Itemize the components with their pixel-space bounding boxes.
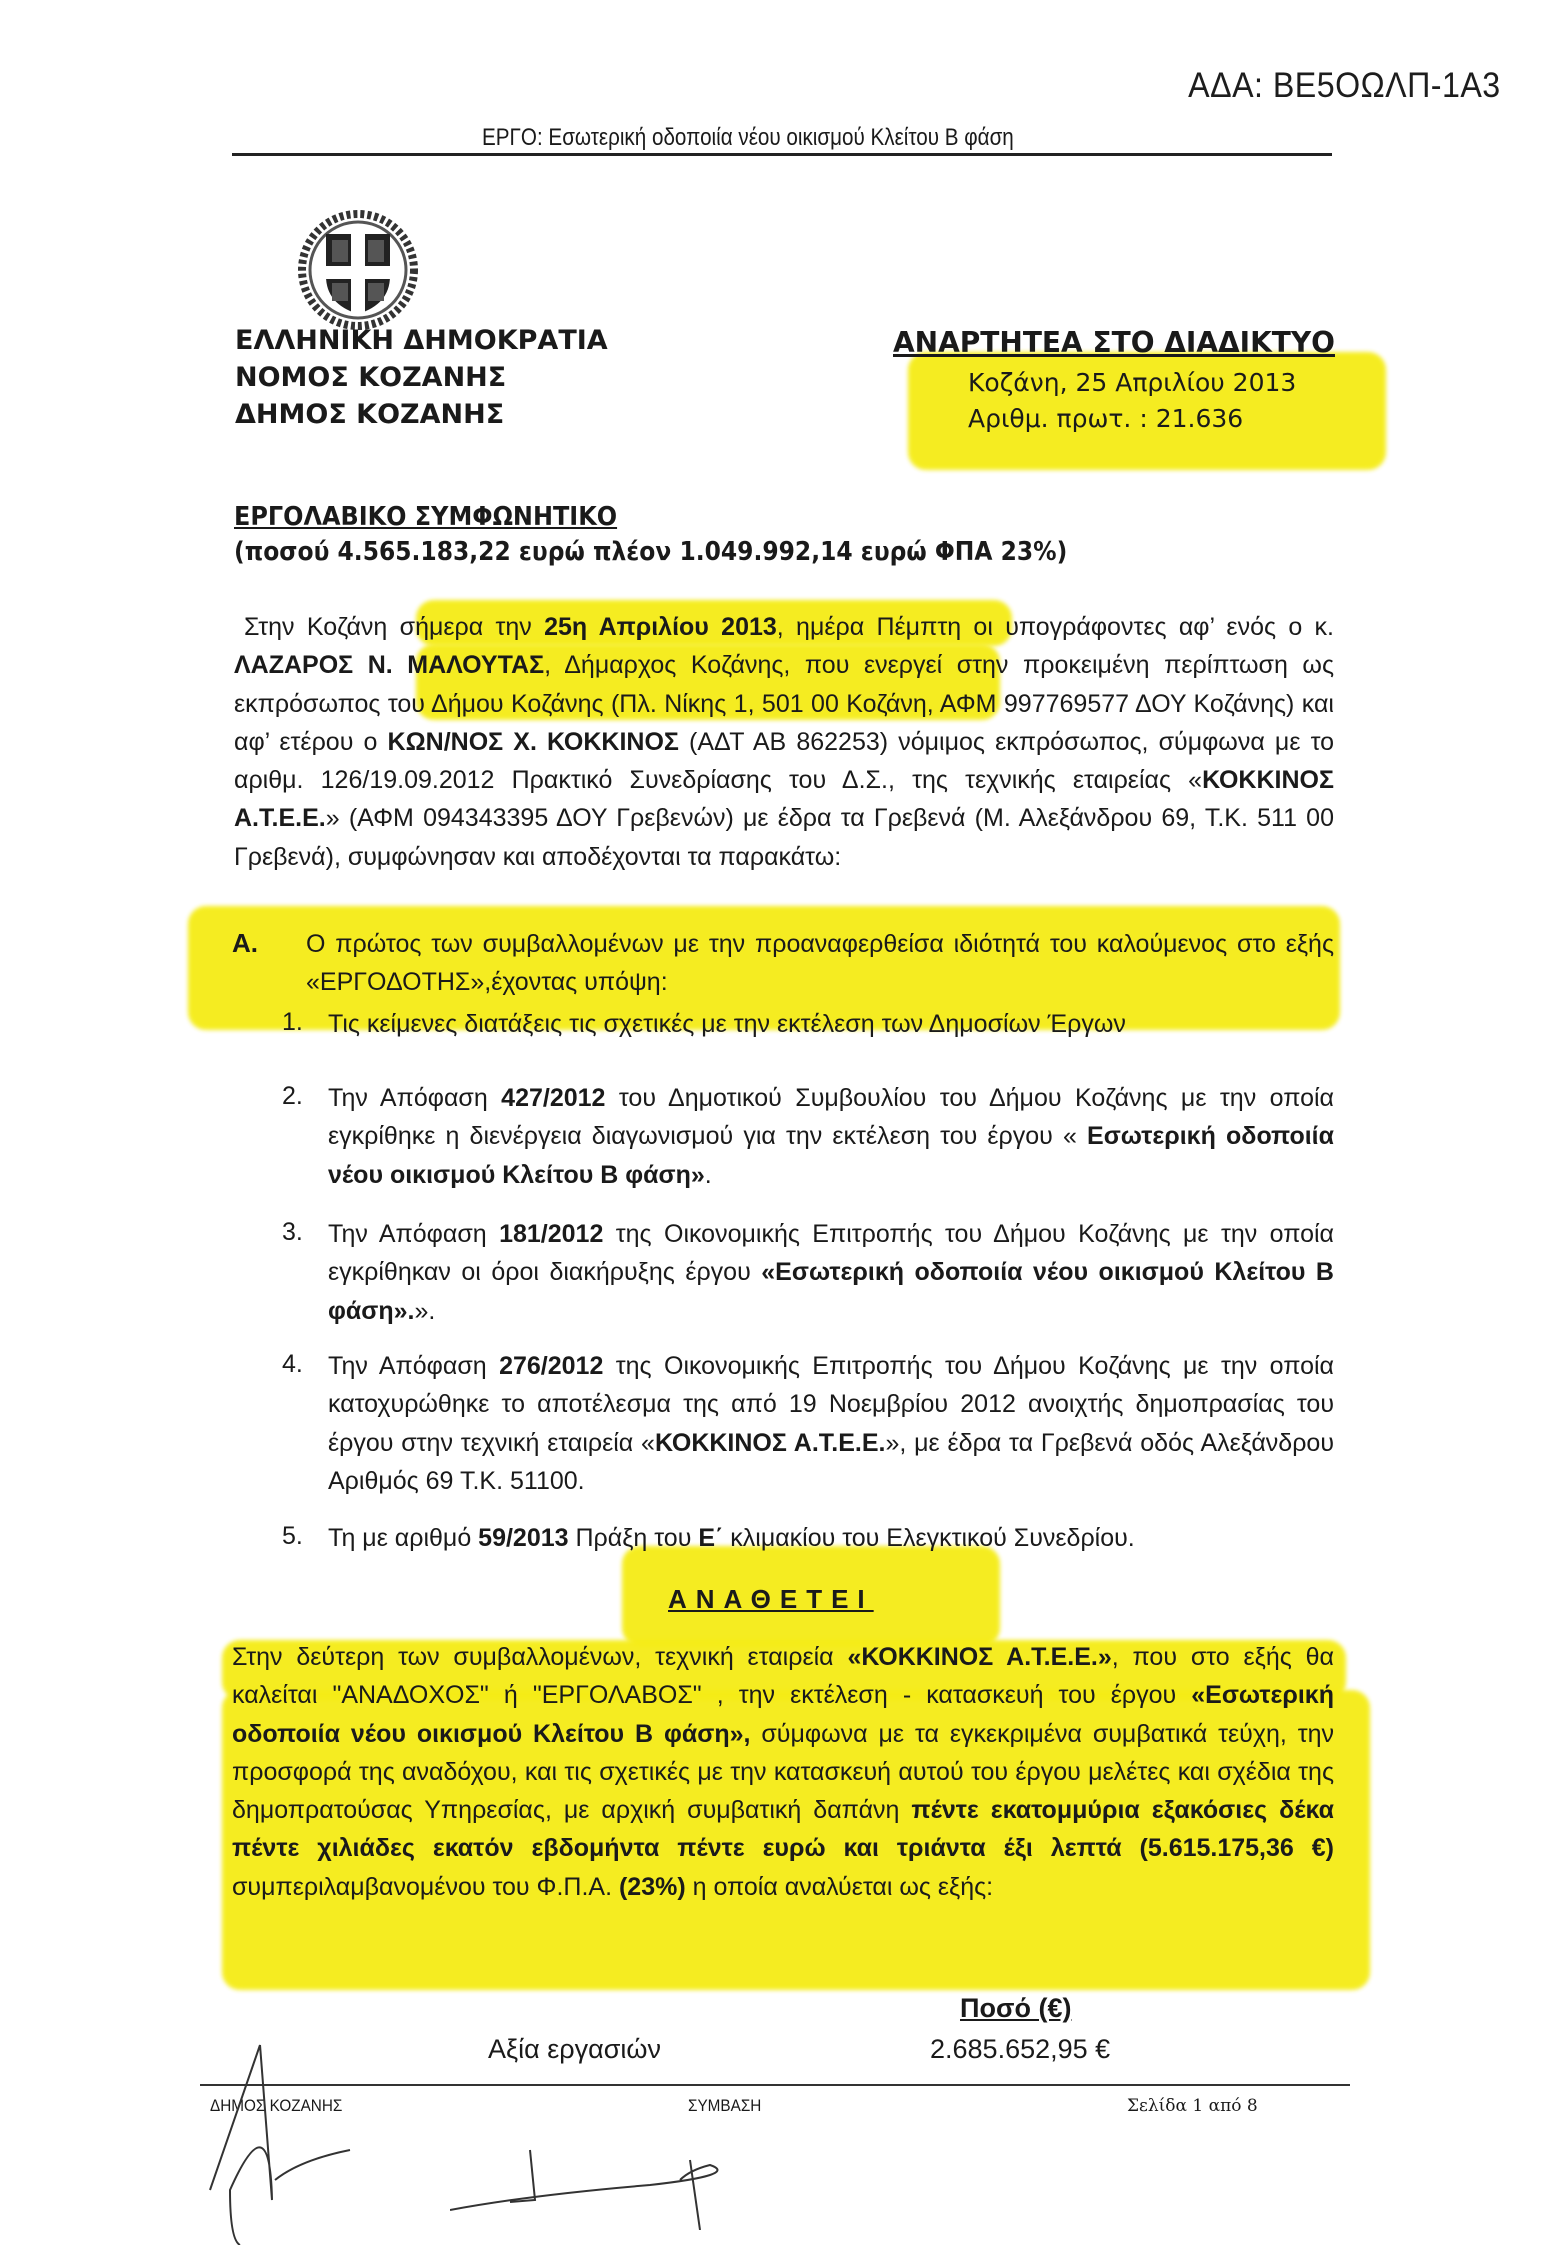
greek-emblem-icon — [296, 208, 420, 332]
footer-doc-type: ΣΥΜΒΑΣΗ — [688, 2096, 761, 2116]
issuer-block: ΕΛΛΗΝΙΚΗ ΔΗΜΟΚΡΑΤΙΑ ΝΟΜΟΣ ΚΟΖΑΝΗΣ ΔΗΜΟΣ … — [235, 322, 608, 433]
item-number: 5. — [282, 1522, 303, 1551]
list-item: Τις κείμενες διατάξεις τις σχετικές με τ… — [328, 1005, 1334, 1043]
posting-info: Κοζάνη, 25 Απριλίου 2013 Αριθμ. πρωτ. : … — [968, 365, 1296, 437]
signature-mayor-icon — [200, 2040, 400, 2245]
contract-amount: (ποσού 4.565.183,22 ευρώ πλέον 1.049.992… — [234, 537, 1067, 567]
item-number: 2. — [282, 1082, 303, 1111]
contract-title: ΕΡΓΟΛΑΒΙΚΟ ΣΥΜΦΩΝΗΤΙΚΟ — [234, 502, 617, 532]
breakdown-row-label: Αξία εργασιών — [488, 2034, 661, 2065]
amount-column-header: Ποσό (€) — [960, 1993, 1071, 2024]
section-a-text: Ο πρώτος των συμβαλλομένων με την προανα… — [306, 925, 1334, 1002]
list-item: Την Απόφαση 427/2012 του Δημοτικού Συμβο… — [328, 1079, 1334, 1194]
breakdown-row-value: 2.685.652,95 € — [930, 2034, 1110, 2065]
issuer-line: ΔΗΜΟΣ ΚΟΖΑΝΗΣ — [235, 396, 608, 433]
representative-name: ΚΩΝ/ΝΟΣ Χ. ΚΟΚΚΙΝΟΣ — [388, 728, 679, 756]
project-header: ΕΡΓΟ: Εσωτερική οδοποιία νέου οικισμού Κ… — [482, 124, 1014, 152]
item-number: 4. — [282, 1350, 303, 1379]
item-number: 3. — [282, 1218, 303, 1247]
list-item: Τη με αριθμό 59/2013 Πράξη του Ε΄ κλιμακ… — [328, 1519, 1334, 1557]
protocol-number: Αριθμ. πρωτ. : 21.636 — [968, 401, 1296, 437]
section-a-letter: Α. — [232, 928, 258, 959]
posting-title: ΑΝΑΡΤΗΤΕΑ ΣΤΟ ΔΙΑΔΙΚΤΥΟ — [893, 326, 1335, 359]
assignment-paragraph: Στην δεύτερη των συμβαλλομένων, τεχνική … — [232, 1638, 1334, 1906]
item-number: 1. — [282, 1008, 303, 1037]
place-date: Κοζάνη, 25 Απριλίου 2013 — [968, 365, 1296, 401]
assignment-heading: ΑΝΑΘΕΤΕΙ — [668, 1584, 874, 1615]
signature-contractor-icon — [450, 2140, 750, 2230]
mayor-name: ΛΑΖΑΡΟΣ Ν. ΜΑΛΟΥΤΑΣ — [234, 651, 544, 679]
list-item: Την Απόφαση 276/2012 της Οικονομικής Επι… — [328, 1347, 1334, 1500]
footer-page-number: Σελίδα 1 από 8 — [1127, 2096, 1258, 2116]
contract-date: 25η Απριλίου 2013 — [544, 613, 777, 641]
ada-code: ΑΔΑ: ΒΕ5ΟΩΛΠ-1Α3 — [1189, 66, 1501, 106]
issuer-line: ΕΛΛΗΝΙΚΗ ΔΗΜΟΚΡΑΤΙΑ — [235, 322, 608, 359]
header-rule — [232, 153, 1332, 156]
issuer-line: ΝΟΜΟΣ ΚΟΖΑΝΗΣ — [235, 359, 608, 396]
intro-paragraph: Στην Κοζάνη σήμερα την 25η Απριλίου 2013… — [234, 608, 1334, 876]
list-item: Την Απόφαση 181/2012 της Οικονομικής Επι… — [328, 1215, 1334, 1330]
